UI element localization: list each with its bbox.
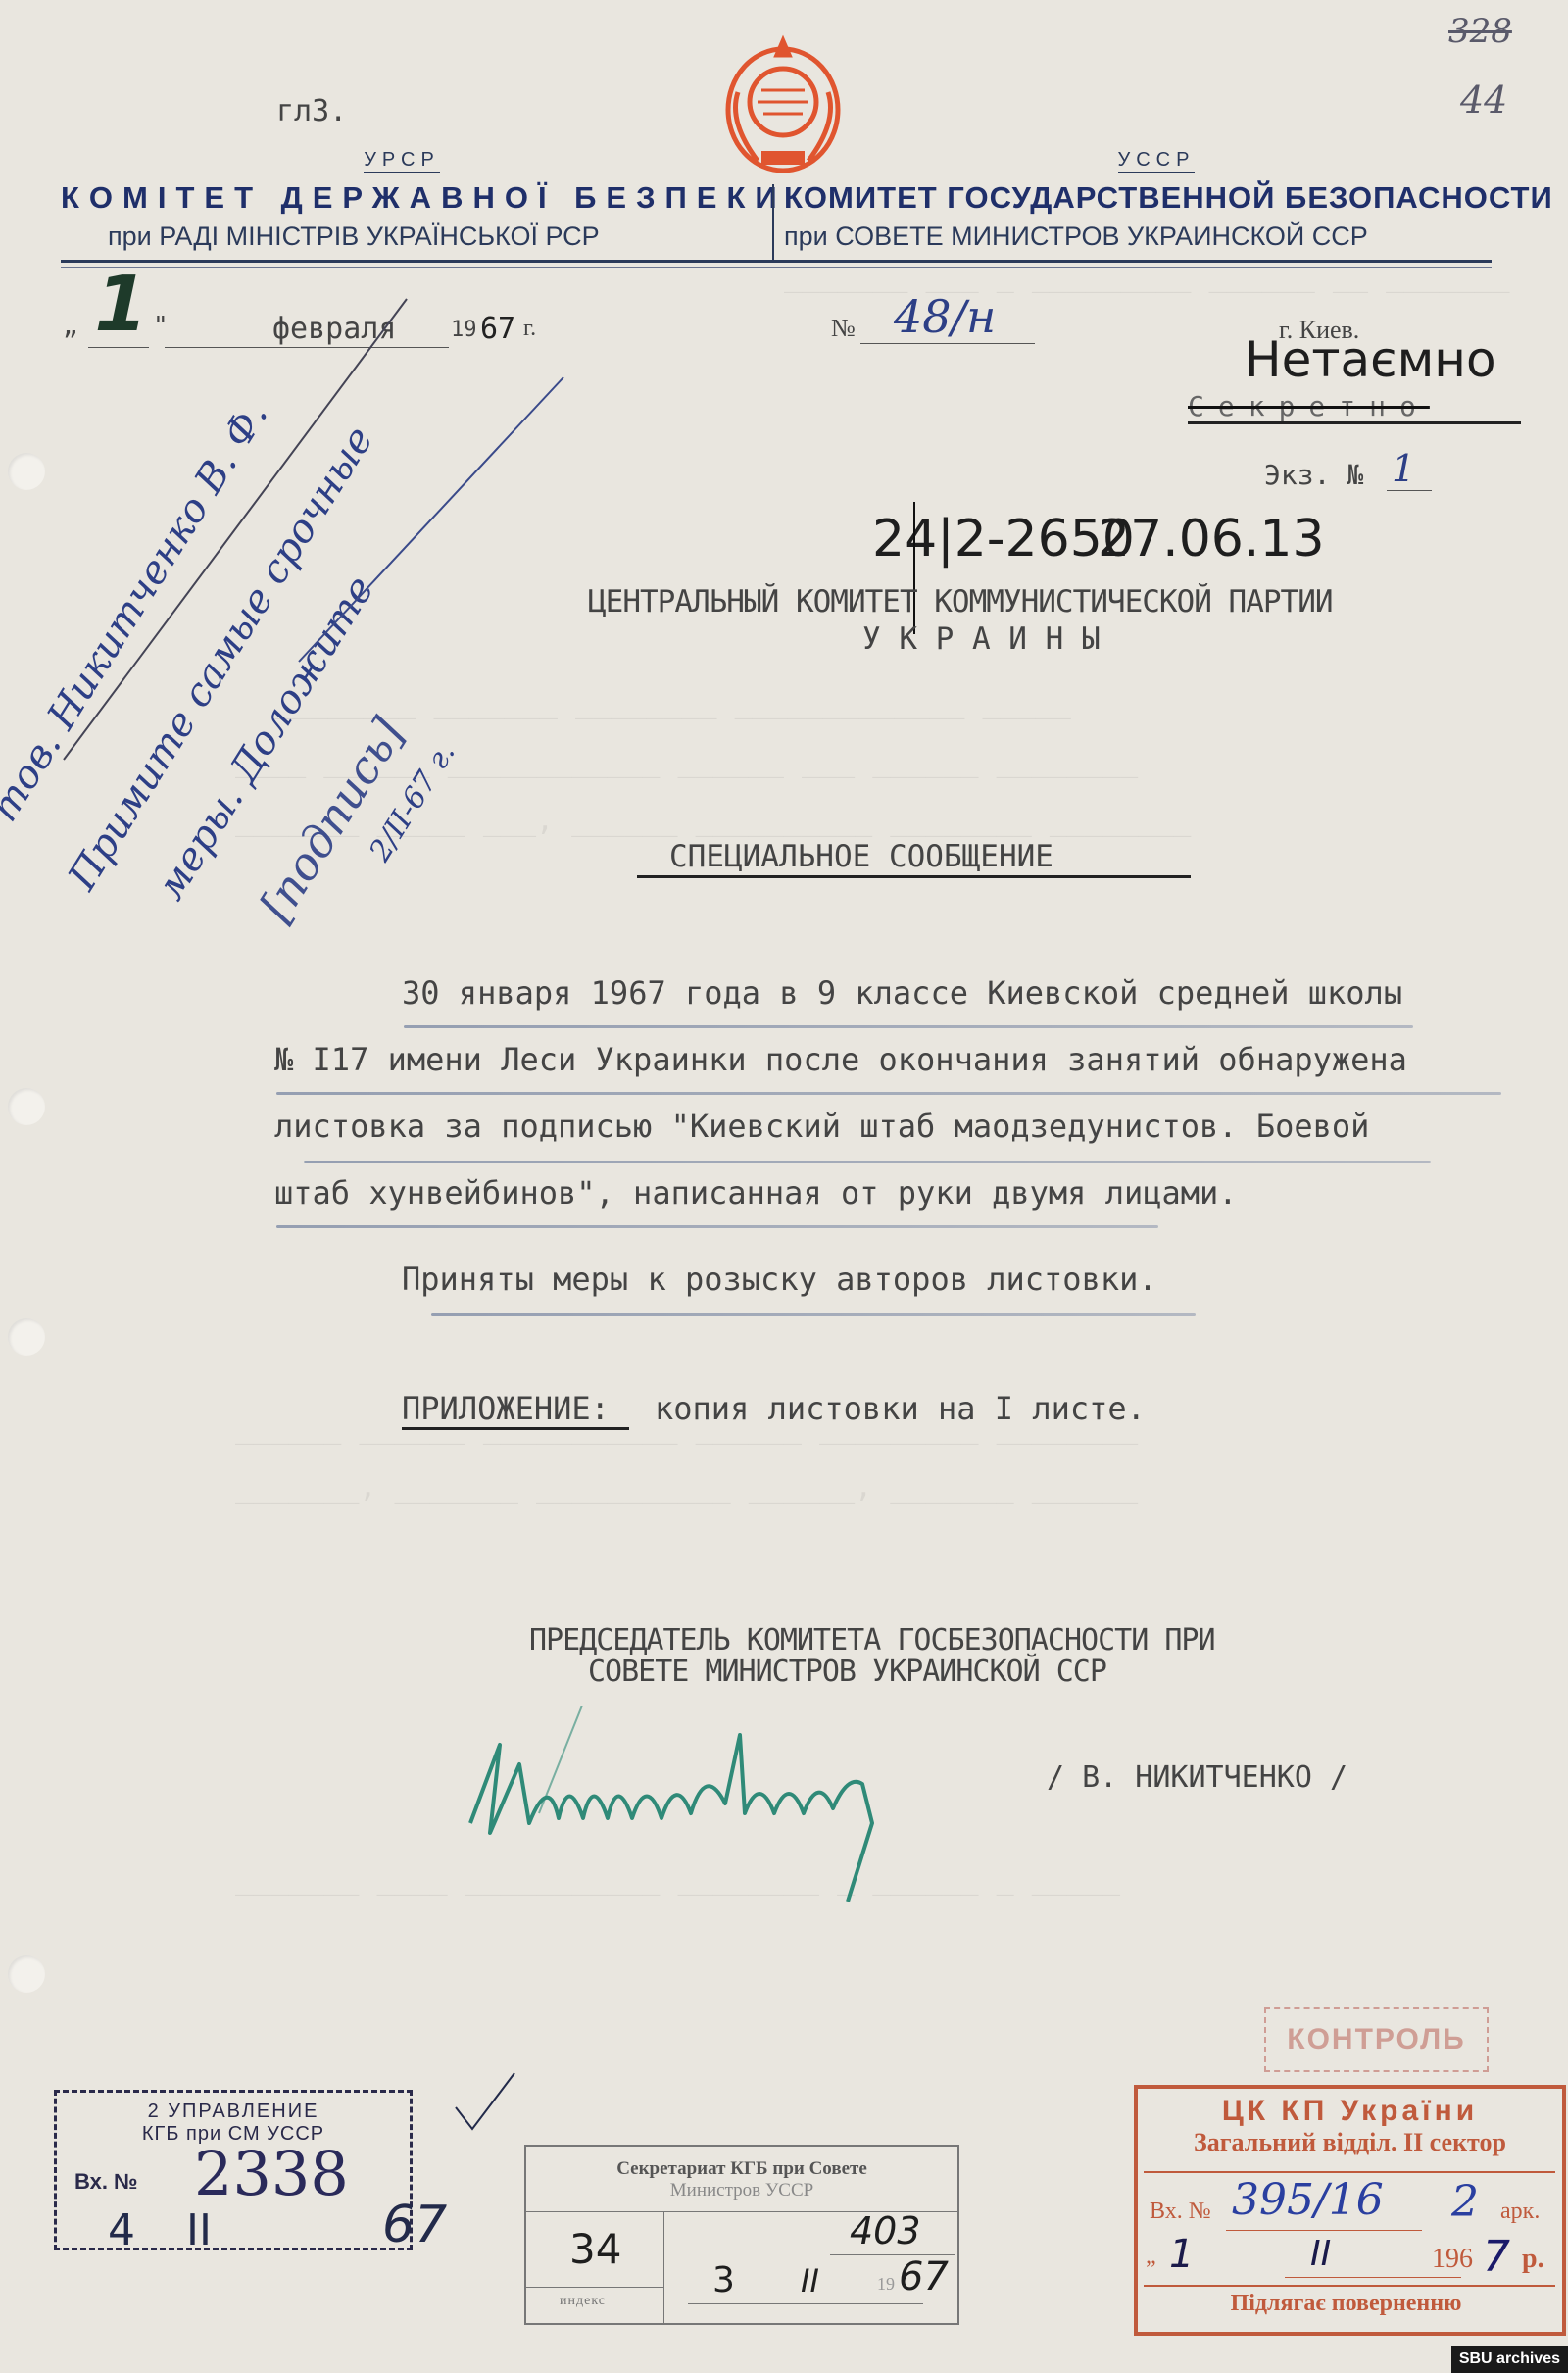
ck-kpu-sheets-value: 2 xyxy=(1451,2177,1479,2227)
copy-number: 1 xyxy=(1392,447,1415,490)
kgb-stamp-date-year: 67 xyxy=(382,2196,447,2254)
number-line xyxy=(860,343,1035,344)
body-line-4: штаб хунвейбинов", написанная от руки дв… xyxy=(274,1174,1238,1211)
copy-number-label: Экз. № xyxy=(1264,459,1363,491)
ck-kpu-date-year: 7 xyxy=(1483,2232,1510,2282)
ck-kpu-date-suffix: р. xyxy=(1522,2244,1544,2275)
secretariat-date-year-prefix: 19 xyxy=(877,2274,895,2295)
ck-kpu-number: 395/16 xyxy=(1232,2175,1384,2225)
ck-kpu-sheets-label: арк. xyxy=(1500,2199,1540,2225)
secretariat-date-line xyxy=(688,2303,923,2304)
copy-number-line xyxy=(1387,490,1432,491)
kgb-stamp-date-month: II xyxy=(186,2205,212,2255)
letterhead-divider xyxy=(772,184,774,261)
signatory-title-line-1: ПРЕДСЕДАТЕЛЬ КОМИТЕТА ГОСБЕЗОПАСНОСТИ ПР… xyxy=(529,1623,1215,1657)
coat-of-arms-icon xyxy=(718,33,848,180)
secretariat-stamp: Секретариат КГБ при Совете Министров УСС… xyxy=(524,2145,959,2325)
ck-kpu-footer: Підлягає поверненню xyxy=(1138,2291,1554,2317)
ck-kpu-date-day: 1 xyxy=(1169,2232,1194,2277)
handwritten-signature xyxy=(461,1706,1029,1902)
document-number: 48/н xyxy=(894,290,996,343)
ck-kpu-line-1: ЦК КП України xyxy=(1138,2095,1562,2128)
ck-kpu-line-2: Загальний відділ. II сектор xyxy=(1138,2128,1562,2157)
classification-new: Нетаємно xyxy=(1245,331,1496,388)
kgb-stamp-line-1: 2 УПРАВЛЕНИЕ xyxy=(57,2101,410,2123)
ck-kpu-stamp: ЦК КП України Загальний відділ. II секто… xyxy=(1134,2085,1566,2336)
signatory-title-line-2: СОВЕТЕ МИНИСТРОВ УКРАИНСКОЙ ССР xyxy=(588,1655,1106,1689)
left-republic-abbr: УРСР xyxy=(333,149,470,173)
sbu-archives-watermark: SBU archives xyxy=(1451,2346,1568,2373)
kgb-stamp-number: 2338 xyxy=(194,2138,349,2209)
secretariat-line-2: Министров УССР xyxy=(526,2180,957,2201)
recipient-line-2: У К Р А И Н Ы xyxy=(862,621,1101,657)
date-suffix: г. xyxy=(523,316,536,342)
ck-kpu-divider xyxy=(1144,2171,1555,2173)
date-year: 67 xyxy=(480,312,515,346)
letterhead-rule xyxy=(61,260,1492,263)
show-through-text: _______ ___ _ _________ ______ __ ______… xyxy=(784,260,1510,294)
ck-kpu-date-line xyxy=(1285,2277,1461,2278)
declassification-date: 27.06.13 xyxy=(1098,510,1325,569)
recipient-line-1: ЦЕНТРАЛЬНЫЙ КОМИТЕТ КОММУНИСТИЧЕСКОЙ ПАР… xyxy=(588,584,1333,619)
signatory-name: / В. НИКИТЧЕНКО / xyxy=(1047,1760,1347,1795)
right-org-subtitle: при СОВЕТЕ МИНИСТРОВ УКРАИНСКОЙ ССР xyxy=(784,222,1368,252)
left-org-subtitle: при РАДІ МІНІСТРІВ УКРАЇНСЬКОЇ РСР xyxy=(108,222,600,252)
secretariat-index-label: индекс xyxy=(560,2294,606,2309)
ck-kpu-date-quote: „ xyxy=(1146,2244,1156,2270)
punch-hole xyxy=(8,1088,45,1125)
attachment-label: ПРИЛОЖЕНИЕ: xyxy=(402,1390,610,1427)
secretariat-number: 403 xyxy=(850,2209,921,2252)
pencil-underline xyxy=(431,1313,1196,1316)
right-republic-abbr: УССР xyxy=(1088,149,1225,173)
number-label: № xyxy=(831,314,856,343)
pencil-underline xyxy=(404,1025,1413,1028)
ck-kpu-date-month: II xyxy=(1310,2234,1331,2274)
right-org-name: КОМИТЕТ ГОСУДАРСТВЕННОЙ БЕЗОПАСНОСТИ xyxy=(784,180,1553,216)
pencil-underline xyxy=(276,1092,1501,1095)
secretariat-index-value: 34 xyxy=(569,2225,621,2273)
resolution-slash-line xyxy=(294,372,568,667)
message-title: СПЕЦИАЛЬНОЕ СООБЩЕНИЕ xyxy=(669,839,1053,874)
archive-page-number: 44 xyxy=(1460,78,1507,122)
show-through-text: _______, _______ ___________ ______, ___… xyxy=(235,1470,1138,1505)
secretariat-date-year: 67 xyxy=(899,2254,949,2299)
ck-kpu-number-label: Вх. № xyxy=(1150,2199,1211,2225)
punch-hole xyxy=(8,1318,45,1356)
classification-underline xyxy=(1188,421,1521,424)
checkmark-icon xyxy=(451,2068,519,2137)
kgb-stamp-date-day: 4 xyxy=(108,2205,135,2255)
copy-code: гл3. xyxy=(276,94,347,128)
secretariat-line-1: Секретариат КГБ при Совете xyxy=(526,2158,957,2180)
date-year-prefix: 19 xyxy=(451,318,477,342)
measures-text: Приняты меры к розыску авторов листовки. xyxy=(402,1261,1157,1298)
body-line-1: 30 января 1967 года в 9 классе Киевской … xyxy=(402,974,1402,1012)
secretariat-date-month: II xyxy=(801,2262,819,2299)
punch-hole xyxy=(8,1955,45,1993)
archive-page-number-struck: 328 xyxy=(1448,12,1512,51)
kgb-stamp-number-label: Вх. № xyxy=(74,2169,138,2195)
control-stamp: КОНТРОЛЬ xyxy=(1264,2007,1489,2072)
secretariat-divider-v xyxy=(663,2211,664,2323)
secretariat-date-day: 3 xyxy=(712,2260,735,2300)
classification-old: Секретно xyxy=(1188,390,1430,422)
secretariat-divider-index xyxy=(526,2287,663,2288)
letterhead-rule-thin xyxy=(61,267,1492,268)
pencil-underline xyxy=(304,1161,1431,1163)
ck-kpu-number-line xyxy=(1226,2230,1422,2231)
ck-kpu-date-year-prefix: 196 xyxy=(1432,2244,1473,2275)
declassification-reference: 24|2-2650 xyxy=(872,510,1135,569)
left-org-name: КОМІТЕТ ДЕРЖАВНОЇ БЕЗПЕКИ xyxy=(61,180,787,216)
pencil-underline xyxy=(276,1225,1158,1228)
body-line-2: № I17 имени Леси Украинки после окончани… xyxy=(274,1041,1407,1078)
attachment-label-underline xyxy=(402,1427,629,1430)
punch-hole xyxy=(8,453,45,490)
message-title-underline xyxy=(637,875,1191,878)
body-line-3: листовка за подписью "Киевский штаб маод… xyxy=(274,1108,1369,1145)
attachment-text: копия листовки на I листе. xyxy=(655,1390,1146,1427)
ck-kpu-divider-2 xyxy=(1144,2285,1555,2287)
